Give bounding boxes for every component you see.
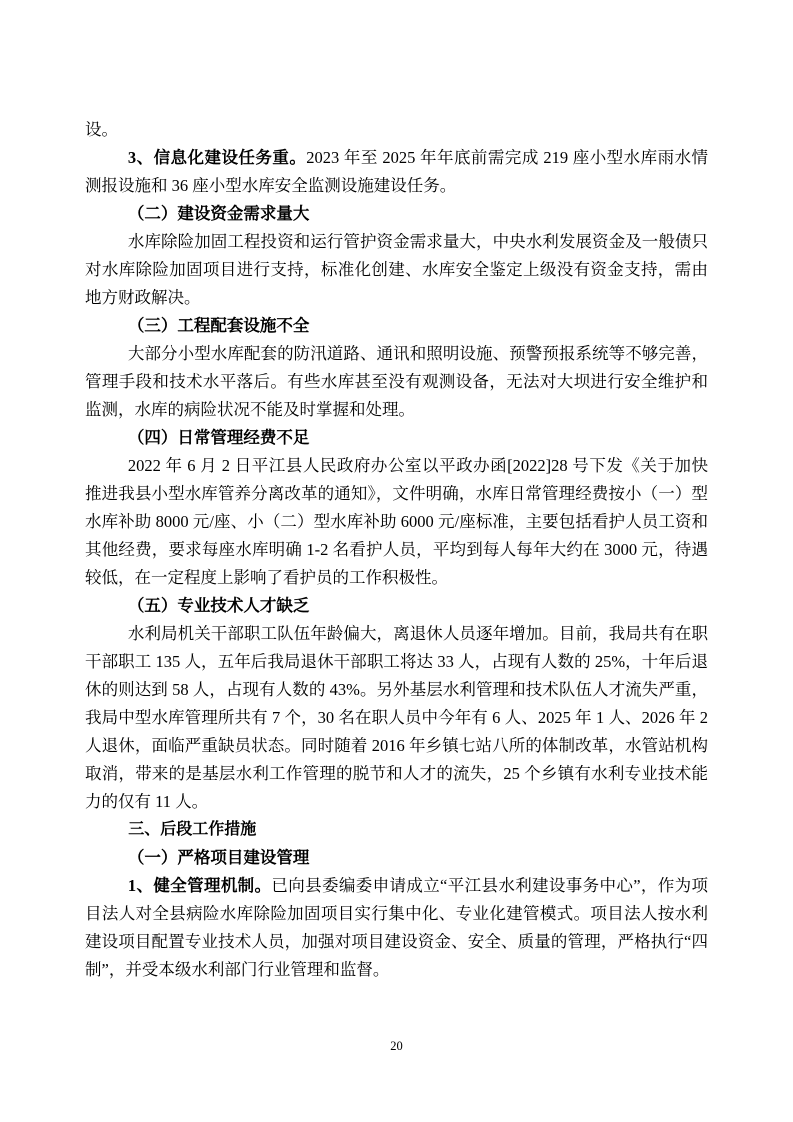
paragraph-lead: 1、健全管理机制。 bbox=[128, 876, 272, 895]
subsection-heading: （五）专业技术人才缺乏 bbox=[85, 592, 708, 620]
paragraph: 1、健全管理机制。已向县委编委申请成立“平江县水利建设事务中心”，作为项目法人对… bbox=[85, 872, 708, 984]
page-number: 20 bbox=[0, 1038, 793, 1054]
subsection-heading: （三）工程配套设施不全 bbox=[85, 312, 708, 340]
subsection-heading: （一）严格项目建设管理 bbox=[85, 844, 708, 872]
subsection-heading: （二）建设资金需求量大 bbox=[85, 200, 708, 228]
document-page: 设。 3、信息化建设任务重。2023 年至 2025 年年底前需完成 219 座… bbox=[0, 0, 793, 1122]
paragraph: 3、信息化建设任务重。2023 年至 2025 年年底前需完成 219 座小型水… bbox=[85, 144, 708, 200]
paragraph: 水库除险加固工程投资和运行管护资金需求量大，中央水利发展资金及一般债只对水库除险… bbox=[85, 228, 708, 312]
paragraph-lead: 3、信息化建设任务重。 bbox=[128, 148, 306, 167]
paragraph: 大部分小型水库配套的防汛道路、通讯和照明设施、预警预报系统等不够完善，管理手段和… bbox=[85, 340, 708, 424]
paragraph-continuation: 设。 bbox=[85, 116, 708, 144]
paragraph: 水利局机关干部职工队伍年龄偏大，离退休人员逐年增加。目前，我局共有在职干部职工 … bbox=[85, 620, 708, 816]
document-body: 设。 3、信息化建设任务重。2023 年至 2025 年年底前需完成 219 座… bbox=[85, 116, 708, 984]
paragraph: 2022 年 6 月 2 日平江县人民政府办公室以平政办函[2022]28 号下… bbox=[85, 452, 708, 592]
chapter-heading: 三、后段工作措施 bbox=[85, 816, 708, 844]
subsection-heading: （四）日常管理经费不足 bbox=[85, 424, 708, 452]
